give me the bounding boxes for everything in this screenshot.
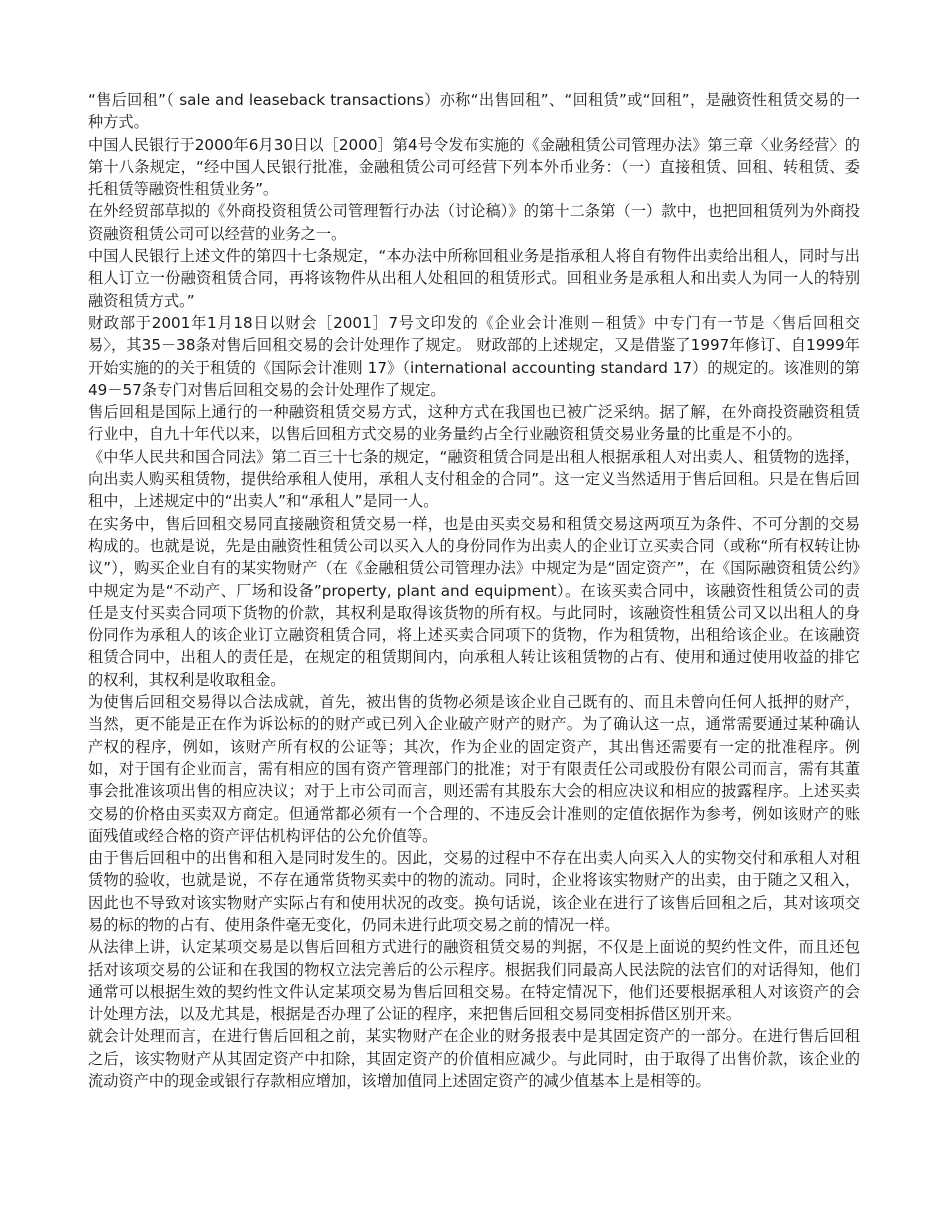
paragraph-legal-determination: 从法律上讲，认定某项交易是以售后回租方式进行的融资租赁交易的判据，不仅是上面说的… (88, 936, 860, 1025)
paragraph-mof-accounting-standard: 财政部于2001年1月18日以财会［2001］7号文印发的《企业会计准则－租赁》… (88, 312, 860, 401)
paragraph-sale-leaseback-definition: “售后回租”（ sale and leaseback transactions）… (88, 89, 860, 134)
paragraph-international-practice: 售后回租是国际上通行的一种融资租赁交易方式，这种方式在我国也已被广泛采纳。据了解… (88, 401, 860, 446)
paragraph-accounting-treatment: 就会计处理而言，在进行售后回租之前，某实物财产在企业的财务报表中是其固定资产的一… (88, 1025, 860, 1092)
document-body: “售后回租”（ sale and leaseback transactions）… (88, 89, 860, 1092)
paragraph-pboc-measures-article-18: 中国人民银行于2000年6月30日以［2000］第4号令发布实施的《金融租赁公司… (88, 134, 860, 201)
paragraph-pboc-article-47: 中国人民银行上述文件的第四十七条规定，“本办法中所称回租业务是指承租人将自有物件… (88, 245, 860, 312)
paragraph-practice-structure: 在实务中，售后回租交易同直接融资租赁交易一样，也是由买卖交易和租赁交易这两项互为… (88, 513, 860, 691)
paragraph-mofcom-draft: 在外经贸部草拟的《外商投资租赁公司管理暂行办法（讨论稿）》的第十二条第（一）款中… (88, 200, 860, 245)
paragraph-contract-law-article-237: 《中华人民共和国合同法》第二百三十七条的规定，“融资租赁合同是出租人根据承租人对… (88, 446, 860, 513)
paragraph-simultaneous-sale-lease: 由于售后回租中的出售和租入是同时发生的。因此，交易的过程中不存在出卖人向买入人的… (88, 847, 860, 936)
paragraph-legal-prerequisites: 为使售后回租交易得以合法成就，首先，被出售的货物必须是该企业自己既有的、而且未曾… (88, 691, 860, 847)
